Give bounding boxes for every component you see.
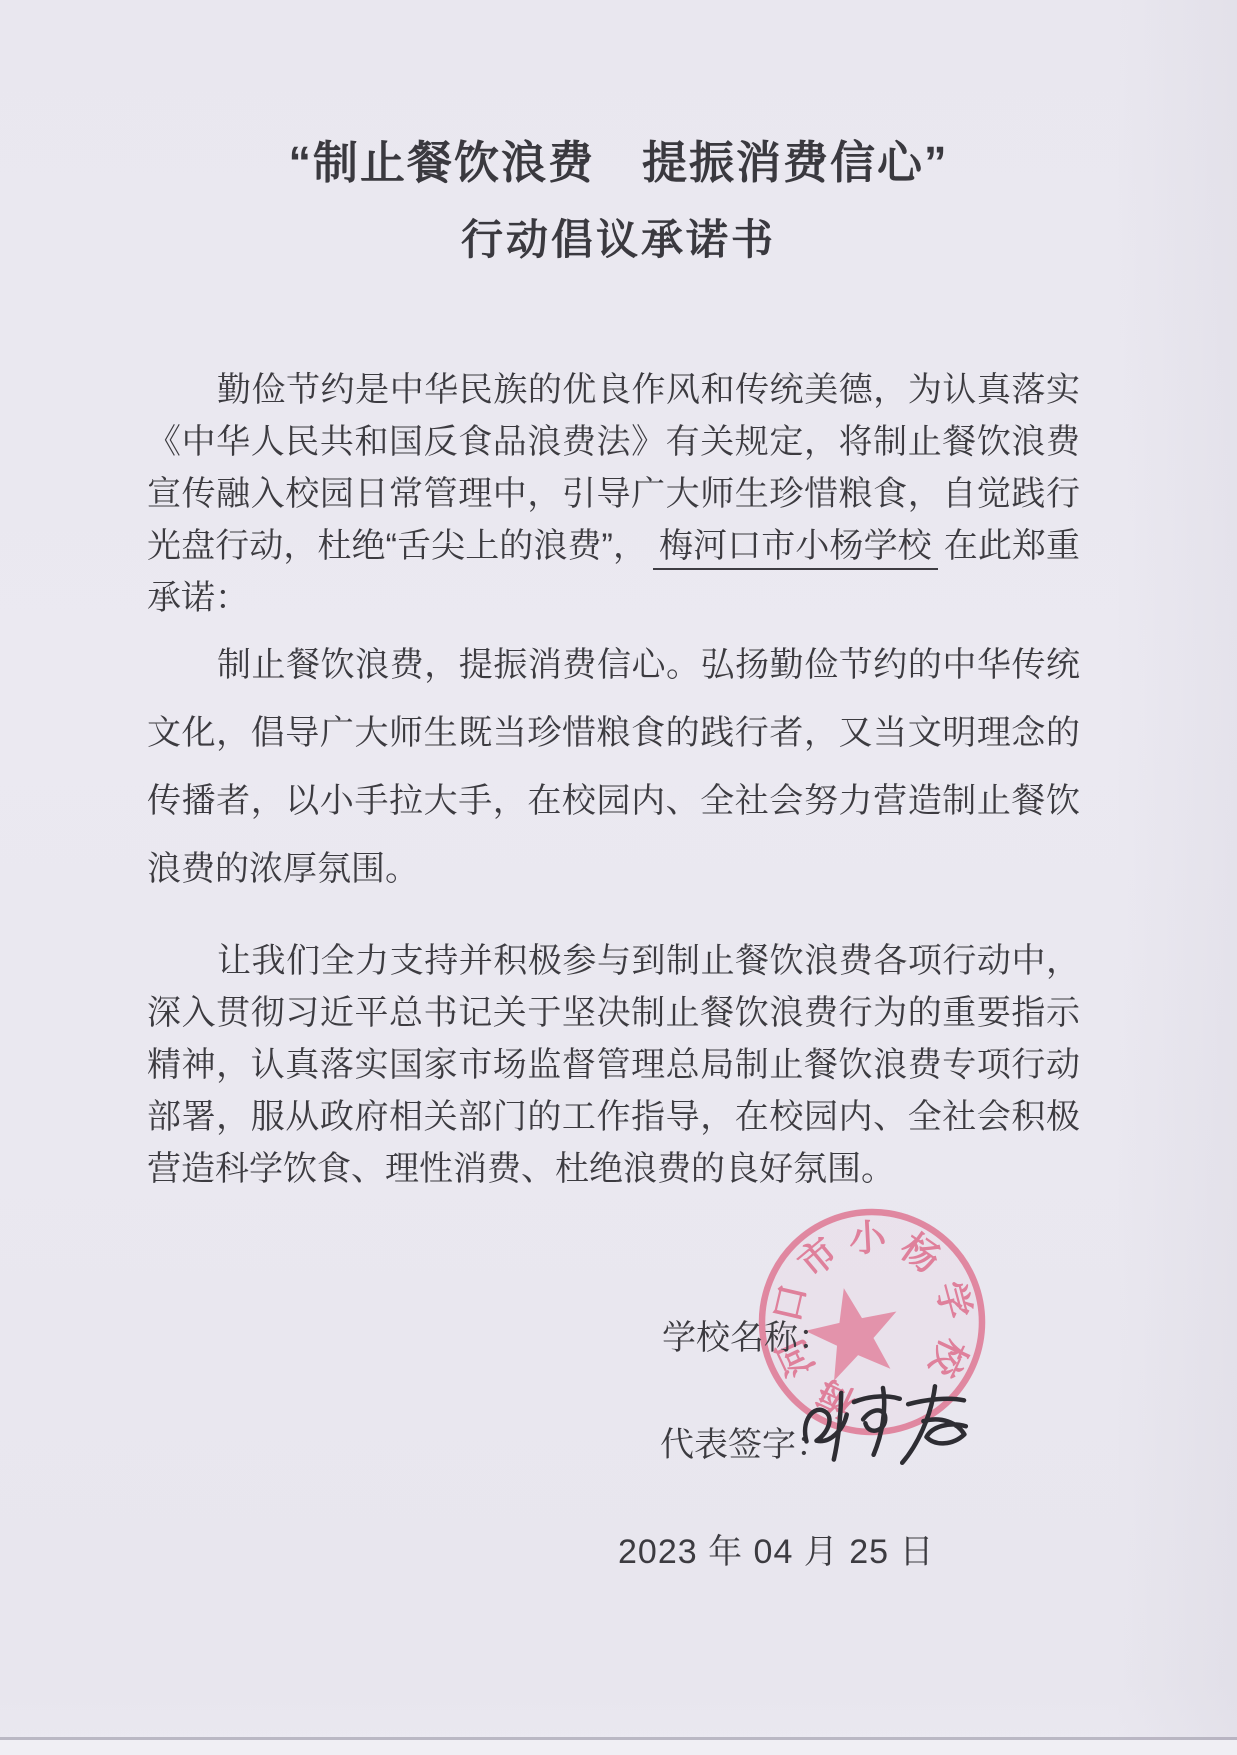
school-name-label: 学校名称：: [662, 1310, 832, 1359]
paragraph-commitment: 制止餐饮浪费，提振消费信心。弘扬勤俭节约的中华传统文化，倡导广大师生既当珍惜粮食…: [147, 631, 1080, 903]
document-title-line1: “制止餐饮浪费 提振消费信心”: [0, 126, 1237, 191]
school-name-underlined: 梅河口市小杨学校: [653, 527, 938, 570]
seal-character: 小: [848, 1217, 888, 1260]
handwritten-signature: [794, 1368, 1001, 1494]
paragraph-1-text: 勤俭节约是中华民族的优良作风和传统美德，为认真落实《中华人民共和国反食品浪费法》…: [147, 371, 1080, 565]
date-text: 2023 年 04 月 25 日: [618, 1524, 935, 1573]
scanner-background: [0, 1740, 1237, 1755]
paragraph-pledge-intro: 勤俭节约是中华民族的优良作风和传统美德，为认真落实《中华人民共和国反食品浪费法》…: [147, 364, 1080, 624]
document-title-line2: 行动倡议承诺书: [0, 207, 1237, 267]
paragraph-action: 让我们全力支持并积极参与到制止餐饮浪费各项行动中，深入贯彻习近平总书记关于坚决制…: [147, 935, 1080, 1195]
scanned-page: “制止餐饮浪费 提振消费信心” 行动倡议承诺书 勤俭节约是中华民族的优良作风和传…: [0, 0, 1237, 1755]
